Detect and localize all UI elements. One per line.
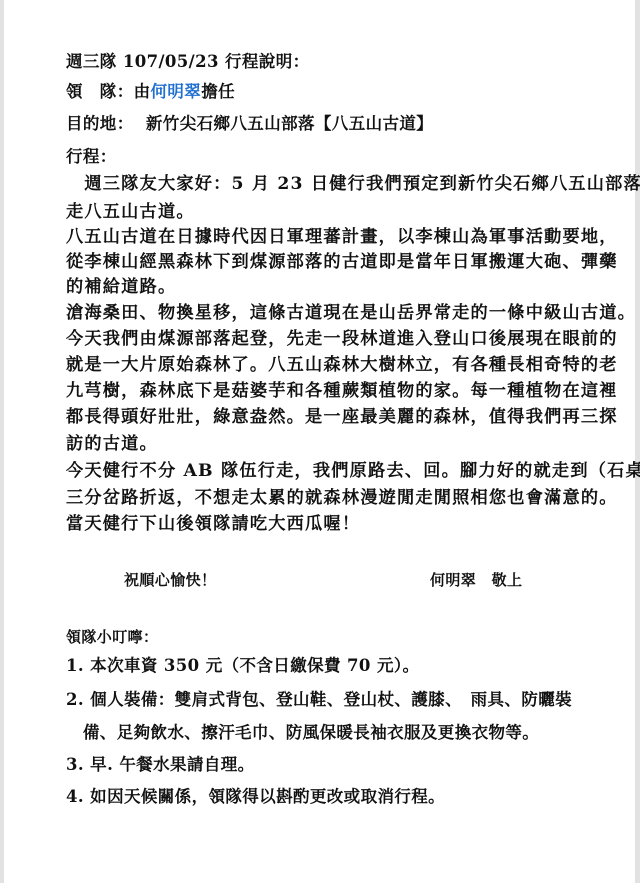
body-line: 今天我們由煤源部落起登，先走一段林道進入登山口後展現在眼前的 [66, 329, 618, 349]
body-line: 當天健行下山後領隊請吃大西瓜喔！ [66, 514, 360, 534]
body-line: 八五山古道在日據時代因日軍理蕃計畫，以李棟山為軍事活動要地， [66, 227, 618, 247]
body-line: 九芎樹，森林底下是菇婆芋和各種蕨類植物的家。每一種植物在這裡 [66, 381, 618, 401]
leader-label: 領 隊：由 [66, 82, 151, 101]
body-line: 週三隊友大家好：5 月 23 日健行我們預定到新竹尖石鄉八五山部落 [66, 174, 640, 194]
tips-item: 4. 如因天候關係，領隊得以斟酌更改或取消行程。 [66, 787, 445, 807]
tips-item: 備、足夠飲水、擦汗毛巾、防風保暖長袖衣服及更換衣物等。 [66, 723, 539, 743]
tips-item: 1. 本次車資 350 元（不含日繳保費 70 元）。 [66, 656, 419, 676]
document-title: 週三隊 107/05/23 行程說明： [66, 52, 310, 72]
body-line: 都長得頭好壯壯，綠意盎然。是一座最美麗的森林，值得我們再三探 [66, 407, 618, 427]
body-line: 滄海桑田、物換星移，這條古道現在是山岳界常走的一條中級山古道。 [66, 303, 636, 323]
body-line: 今天健行不分 AB 隊伍行走，我們原路去、回。腳力好的就走到（石桌） [66, 461, 640, 481]
destination-value: 新竹尖石鄉八五山部落【八五山古道】 [146, 114, 433, 133]
leader-suffix: 擔任 [201, 82, 235, 101]
body-line: 走八五山古道。 [66, 202, 195, 222]
body-line: 就是一大片原始森林了。八五山森林大樹林立，有各種長相奇特的老 [66, 355, 618, 375]
document-page: 週三隊 107/05/23 行程說明： 領 隊：由何明翠擔任 目的地： 新竹尖石… [4, 0, 635, 883]
leader-line: 領 隊：由何明翠擔任 [66, 82, 235, 102]
closing-signature: 何明翠 敬上 [430, 570, 522, 590]
destination-label: 目的地： [66, 114, 134, 133]
tips-item: 3. 早. 午餐水果請自理。 [66, 755, 255, 775]
itinerary-label: 行程： [66, 147, 117, 167]
body-line: 三分岔路折返，不想走太累的就森林漫遊閒走閒照相您也會滿意的。 [66, 488, 618, 508]
body-line: 訪的古道。 [66, 434, 158, 454]
body-line: 的補給道路。 [66, 277, 176, 297]
leader-name: 何明翠 [151, 82, 202, 101]
closing-greeting: 祝順心愉快！ [124, 570, 216, 590]
destination-line: 目的地： 新竹尖石鄉八五山部落【八五山古道】 [66, 114, 433, 134]
body-line: 從李棟山經黑森林下到煤源部落的古道即是當年日軍搬運大砲、彈藥 [66, 252, 618, 272]
tips-item: 2. 個人裝備：雙肩式背包、登山鞋、登山杖、護膝、 雨具、防曬裝 [66, 690, 572, 710]
tips-header: 領隊小叮嚀： [66, 627, 158, 647]
